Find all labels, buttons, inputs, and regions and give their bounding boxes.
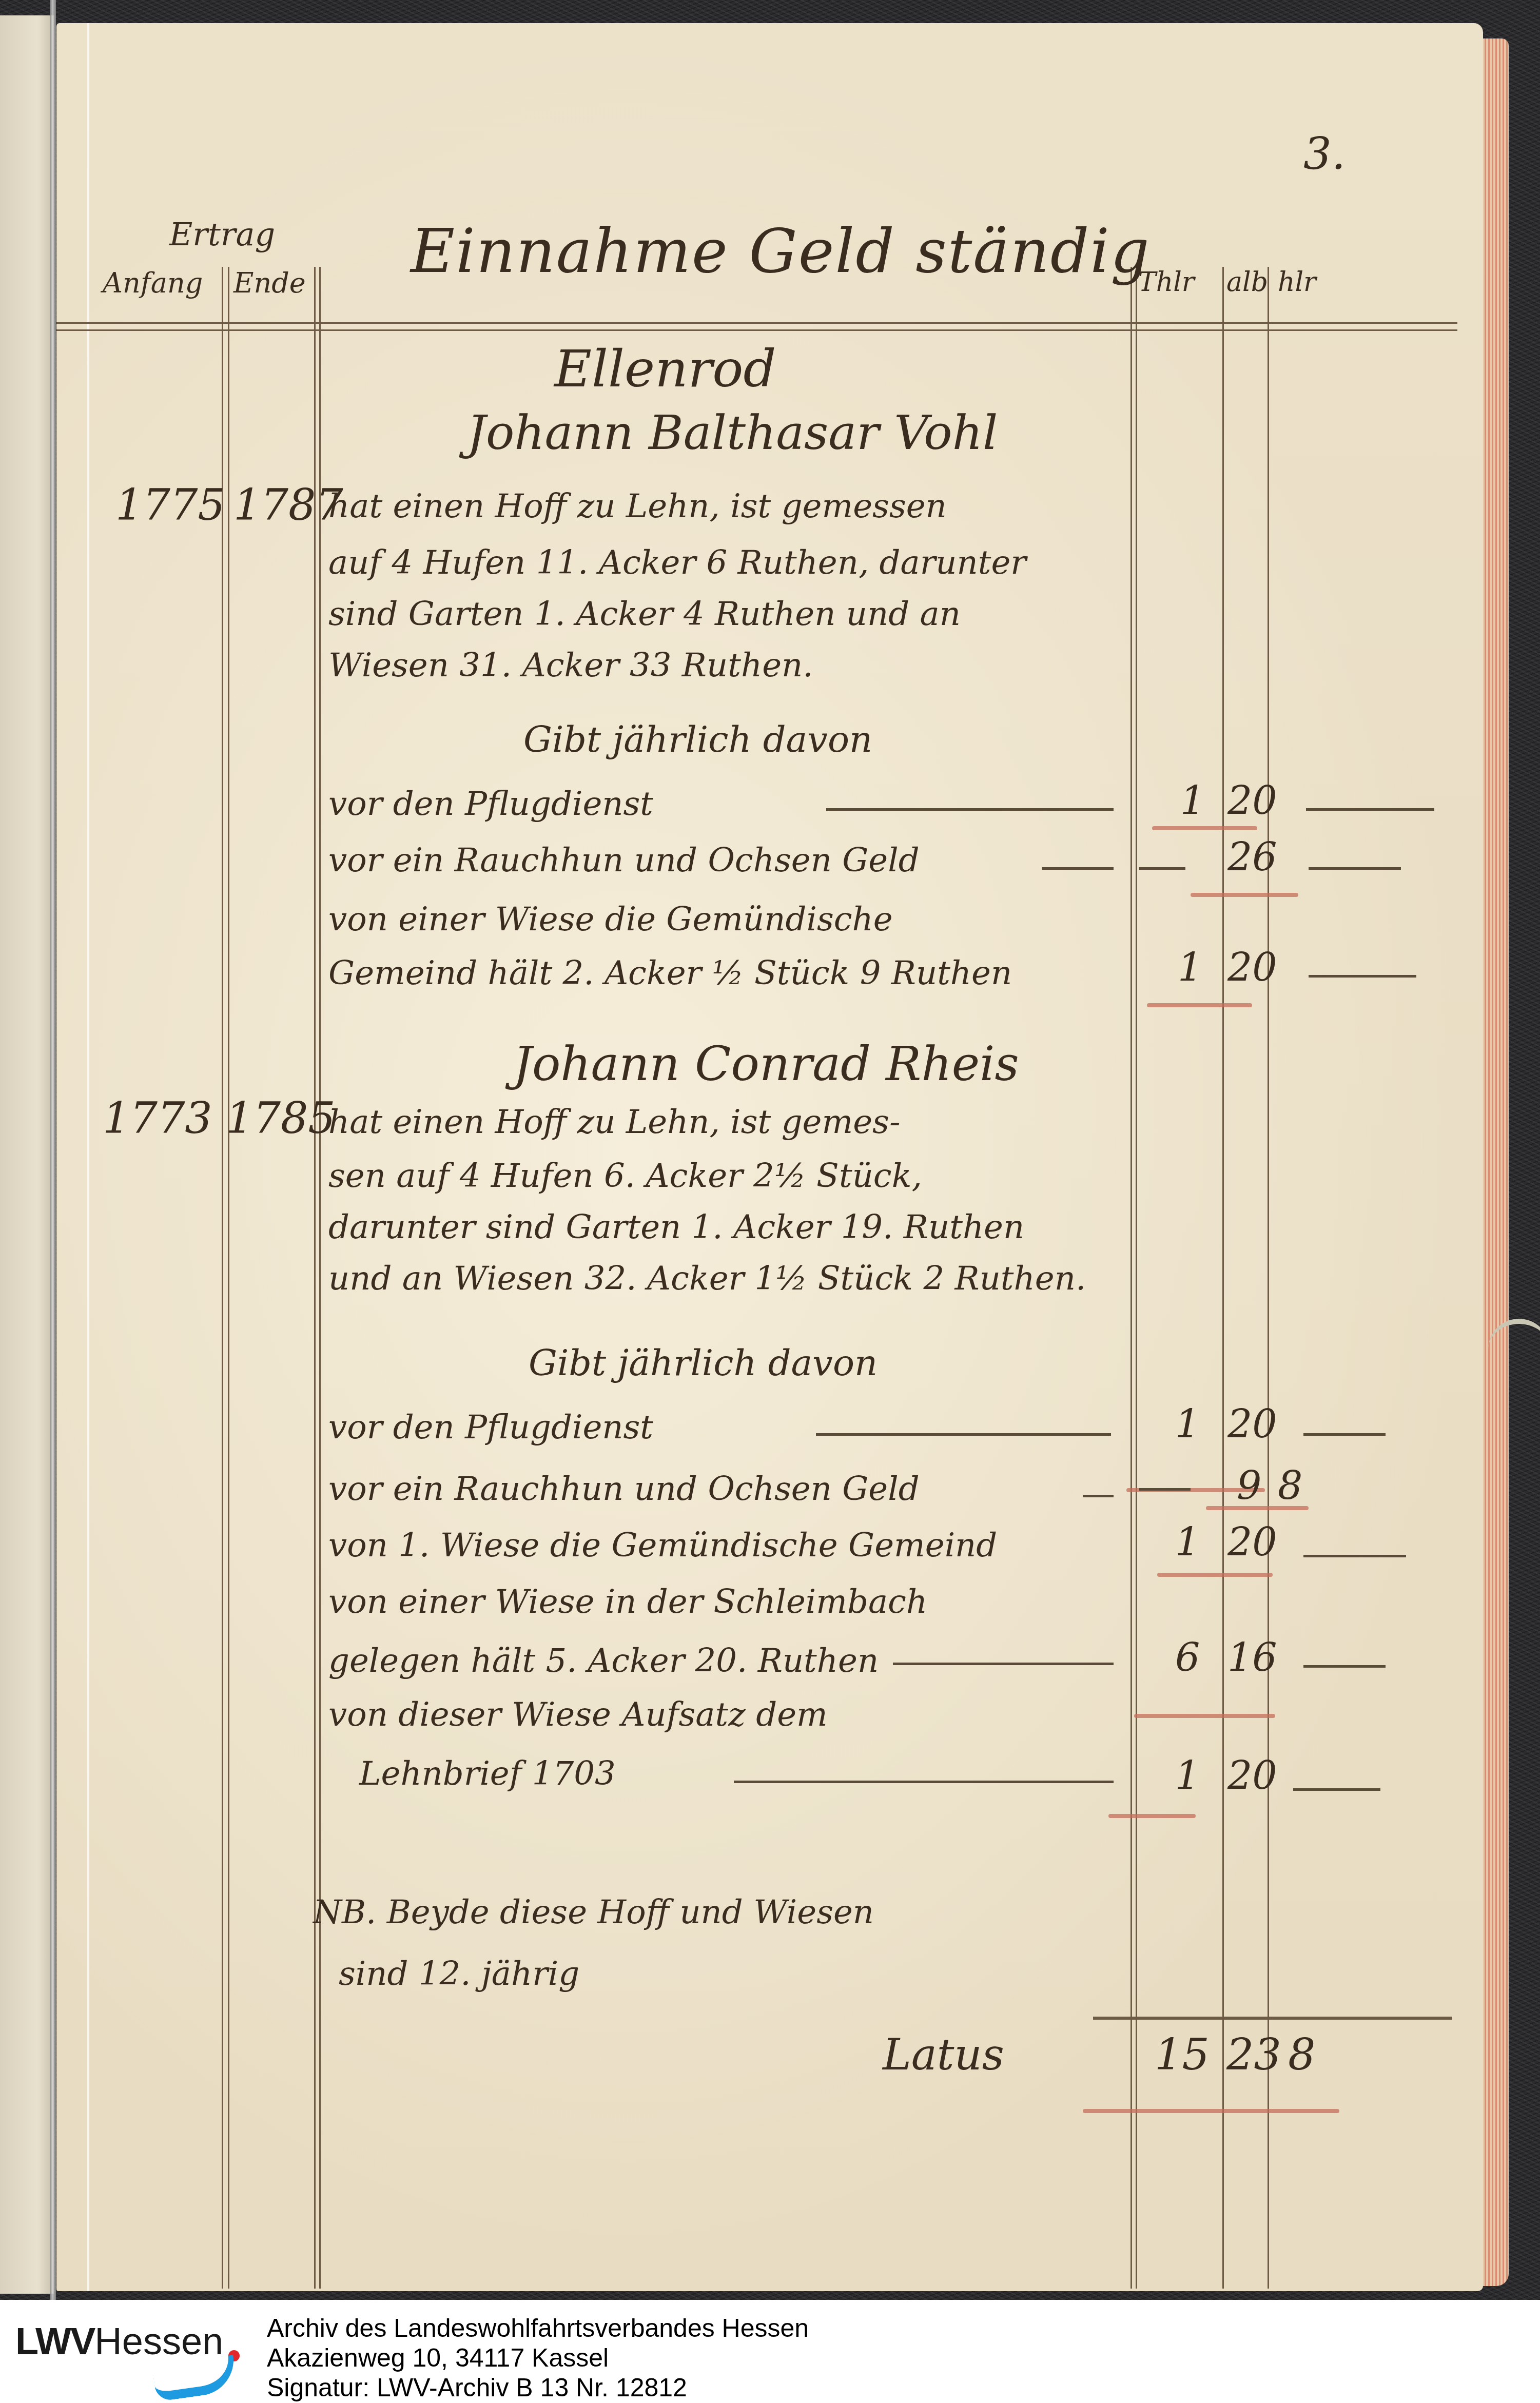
trailing-dash [1306, 808, 1434, 811]
note-line: NB. Beyde diese Hoff und Wiesen [313, 1893, 874, 1931]
item-text: von 1. Wiese die Gemündische Gemeind [328, 1527, 997, 1565]
red-pencil-mark [1157, 1573, 1273, 1577]
column-header-albus: alb [1226, 267, 1268, 298]
archive-signature: Signatur: LWV-Archiv B 13 Nr. 12812 [267, 2373, 809, 2402]
trailing-dash [1303, 1433, 1386, 1436]
village-heading: Ellenrod [554, 339, 776, 399]
trailing-dash [1303, 1555, 1406, 1557]
page-title: Einnahme Geld ständig [411, 216, 1150, 286]
entry-name: Johann Balthasar Vohl [467, 405, 998, 460]
item-albus: 20 [1227, 1519, 1277, 1565]
item-text: gelegen hält 5. Acker 20. Ruthen [328, 1642, 879, 1680]
note-line: sind 12. jährig [339, 1955, 579, 1993]
entry-year-from: 1773 [103, 1093, 212, 1143]
entry-description-line: sind Garten 1. Acker 4 Ruthen und an [328, 595, 961, 633]
entry-description-line: hat einen Hoff zu Lehn, ist gemes- [328, 1103, 901, 1141]
red-pencil-mark [1147, 1003, 1252, 1007]
red-pencil-mark [1191, 893, 1298, 897]
red-pencil-mark [1134, 1714, 1275, 1718]
column-rule-thaler-left-a [1130, 267, 1132, 2289]
column-header-year-to: Ende [233, 267, 306, 299]
archive-info: Archiv des Landeswohlfahrtsverbandes Hes… [267, 2313, 809, 2402]
item-thaler: 1 [1178, 944, 1202, 990]
item-thaler: 1 [1175, 1519, 1200, 1565]
column-rule-year-divider-b [228, 267, 229, 2289]
column-rule-albus-left [1222, 267, 1224, 2289]
item-albus: 20 [1227, 944, 1277, 990]
entry-sub-heading: Gibt jährlich davon [529, 1342, 878, 1384]
leader-dash [1083, 1495, 1114, 1497]
column-rule-thaler-left-b [1136, 267, 1137, 2289]
scanner-glass-edge [50, 0, 56, 2300]
item-text: von dieser Wiese Aufsatz dem [328, 1696, 828, 1734]
trailing-dash [1309, 867, 1401, 870]
entry-name: Johann Conrad Rheis [513, 1037, 1019, 1091]
column-rule-text-left-a [314, 267, 316, 2289]
leader-dash [734, 1781, 1114, 1783]
trailing-dash [1303, 1665, 1386, 1668]
entry-description-line: Wiesen 31. Acker 33 Ruthen. [328, 647, 813, 685]
item-text: vor ein Rauchhun und Ochsen Geld [328, 842, 920, 880]
lwv-hessen-logo: LWVHessen [15, 2319, 223, 2363]
item-text: Lehnbrief 1703 [359, 1755, 616, 1793]
total-label: Latus [883, 2029, 1004, 2080]
page-fold-crease [87, 23, 89, 2291]
item-text: vor den Pflugdienst [328, 1409, 653, 1447]
page-number: 3. [1303, 128, 1346, 180]
entry-description-line: darunter sind Garten 1. Acker 19. Ruthen [328, 1208, 1024, 1246]
entry-sub-heading: Gibt jährlich davon [523, 718, 872, 760]
trailing-dash [1293, 1788, 1380, 1791]
entry-description-line: sen auf 4 Hufen 6. Acker 2½ Stück, [328, 1157, 922, 1195]
item-thaler: 1 [1180, 777, 1205, 823]
archive-address: Akazienweg 10, 34117 Kassel [267, 2343, 809, 2373]
red-pencil-mark [1083, 2109, 1339, 2113]
leader-dash [893, 1663, 1114, 1665]
entry-year-from: 1775 [115, 480, 225, 530]
column-header-year-group: Ertrag [169, 216, 275, 253]
entry-description-line: und an Wiesen 32. Acker 1½ Stück 2 Ruthe… [328, 1260, 1086, 1298]
item-text: vor ein Rauchhun und Ochsen Geld [328, 1470, 920, 1508]
leader-dash [1139, 867, 1185, 870]
item-albus: 9 [1237, 1462, 1261, 1508]
entry-year-to: 1787 [233, 480, 343, 530]
item-albus: 20 [1227, 1752, 1277, 1798]
trailing-dash [1309, 975, 1416, 978]
column-header-year-from: Anfang [103, 267, 203, 299]
column-rule-year-divider-a [222, 267, 223, 2289]
column-rule-text-left-b [319, 267, 321, 2289]
item-text: von einer Wiese in der Schleimbach [328, 1583, 927, 1621]
red-pencil-mark [1108, 1814, 1196, 1818]
leader-dash [826, 808, 1114, 811]
logo-text-regular: Hessen [94, 2320, 223, 2362]
total-thaler: 15 [1155, 2029, 1210, 2080]
leader-dash [1042, 867, 1114, 870]
item-albus: 20 [1227, 777, 1277, 823]
item-albus: 20 [1227, 1401, 1277, 1447]
total-heller: 8 [1288, 2029, 1315, 2080]
previous-page-edge [0, 15, 54, 2294]
item-heller: 8 [1278, 1462, 1302, 1508]
red-pencil-mark [1152, 826, 1257, 830]
item-albus: 16 [1227, 1634, 1277, 1680]
entry-year-to: 1785 [226, 1093, 336, 1143]
red-pencil-mark [1206, 1506, 1309, 1510]
column-header-thaler: Thlr [1138, 267, 1195, 298]
item-text: von einer Wiese die Gemündische [328, 901, 893, 939]
entry-description-line: auf 4 Hufen 11. Acker 6 Ruthen, darunter [328, 544, 1026, 582]
item-text: Gemeind hält 2. Acker ½ Stück 9 Ruthen [328, 954, 1012, 992]
leader-dash [1139, 1488, 1191, 1491]
item-albus: 26 [1227, 834, 1277, 880]
leader-dash [816, 1433, 1111, 1436]
item-text: vor den Pflugdienst [328, 785, 653, 823]
header-rule-top [56, 322, 1457, 324]
logo-text-bold: LWV [15, 2320, 94, 2362]
column-rule-heller-left [1268, 267, 1269, 2289]
header-rule-bottom [56, 329, 1457, 331]
item-thaler: 1 [1175, 1401, 1200, 1447]
total-albus: 23 [1226, 2029, 1281, 2080]
item-thaler: 1 [1175, 1752, 1200, 1798]
column-header-heller: hlr [1278, 267, 1316, 298]
archive-name: Archiv des Landeswohlfahrtsverbandes Hes… [267, 2313, 809, 2343]
total-rule [1093, 2017, 1452, 2020]
item-thaler: 6 [1175, 1634, 1200, 1680]
entry-description-line: hat einen Hoff zu Lehn, ist gemessen [328, 487, 947, 525]
